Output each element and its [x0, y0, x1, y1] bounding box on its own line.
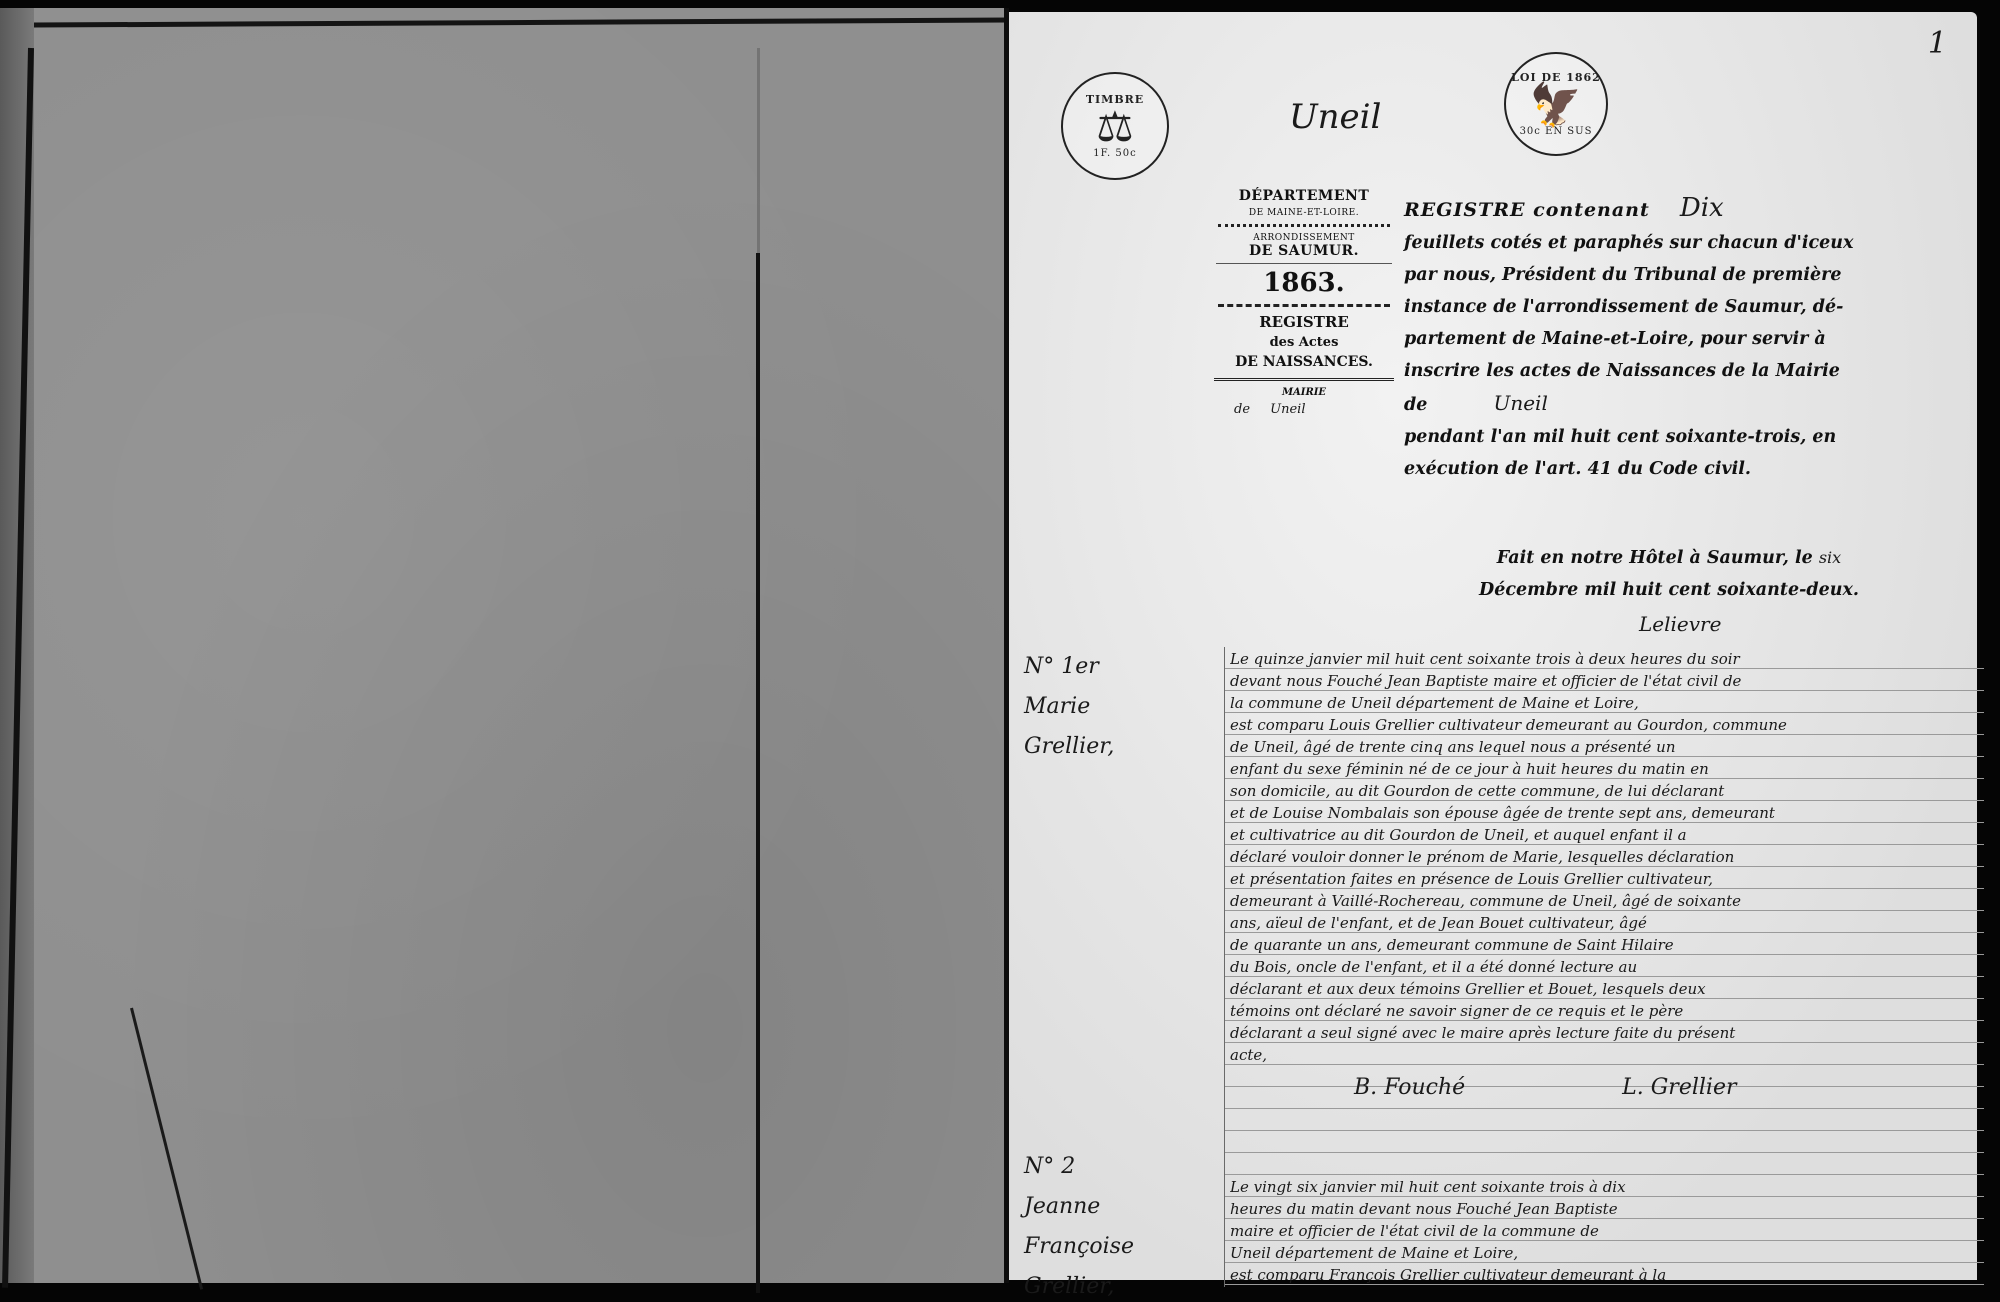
preamble-line: exécution de l'art. 41 du Code civil. [1404, 453, 1934, 485]
handwritten-day: six [1819, 548, 1841, 567]
diagonal-crease [130, 1008, 203, 1290]
preamble-line: instance de l'arrondissement de Saumur, … [1404, 291, 1934, 323]
preamble-line: par nous, Président du Tribunal de premi… [1404, 259, 1934, 291]
naissances-label: DE NAISSANCES. [1214, 354, 1394, 370]
preamble-line: feuillets cotés et paraphés sur chacun d… [1404, 227, 1934, 259]
arrondissement-label: ARRONDISSEMENT [1214, 233, 1394, 243]
register-header-block: DÉPARTEMENT DE MAINE-ET-LOIRE. ARRONDISS… [1214, 188, 1394, 417]
top-edge-line [34, 17, 1009, 27]
president-signature: Lelievre [1639, 612, 1721, 636]
entry-name: Marie [1024, 687, 1209, 727]
dotted-divider [1218, 224, 1390, 227]
entry-2-margin: N° 2 Jeanne Françoise Grellier, [1024, 1147, 1209, 1302]
entry-name: Françoise [1024, 1227, 1209, 1267]
preamble-line: pendant l'an mil huit cent soixante-troi… [1404, 421, 1934, 453]
mairie-name: de Uneil [1214, 402, 1394, 417]
entry-number: N° 1er [1024, 647, 1209, 687]
entry-name: Grellier, [1024, 1267, 1209, 1302]
mayor-signature: B. Fouché [1354, 1075, 1465, 1100]
register-preamble: REGISTRE contenant Dix feuillets cotés e… [1404, 192, 1934, 485]
register-year: 1863. [1214, 268, 1394, 298]
mairie-prefix: de [1234, 402, 1250, 417]
mairie-town: Uneil [1270, 402, 1305, 417]
registre-label: REGISTRE [1214, 313, 1394, 331]
eagle-icon: 🦅 [1530, 84, 1582, 126]
fold-line [756, 253, 760, 1293]
departement-label: DÉPARTEMENT [1214, 188, 1394, 204]
left-page [0, 8, 1007, 1283]
entry-2-text: Le vingt six janvier mil huit cent soixa… [1230, 1176, 1978, 1286]
stamp-bottom-text: 30c EN SUS [1520, 126, 1593, 137]
handwritten-count: Dix [1680, 193, 1724, 223]
arrow-divider [1218, 304, 1390, 307]
des-actes-label: des Actes [1214, 335, 1394, 350]
divider [1216, 263, 1392, 264]
timbre-imperial-stamp: TIMBRE ⚖ 1F. 50c [1061, 72, 1169, 180]
birth-entries-ledger: N° 1er Marie Grellier, Le quinze janvier… [1224, 647, 1984, 1287]
entry-name: Grellier, [1024, 727, 1209, 767]
stamp-value: 1F. 50c [1093, 148, 1136, 159]
right-page: 1 TIMBRE ⚖ 1F. 50c Uneil LOI DE 1862 🦅 3… [1009, 12, 1977, 1280]
double-divider [1214, 378, 1394, 381]
arrondissement-name: DE SAUMUR. [1214, 243, 1394, 259]
mairie-label: MAIRIE [1214, 387, 1394, 398]
entry-number: N° 2 [1024, 1147, 1209, 1187]
town-annotation: Uneil [1289, 97, 1381, 137]
father-signature: L. Grellier [1622, 1075, 1736, 1100]
paper-wrinkle [727, 48, 760, 263]
entry-name: Jeanne [1024, 1187, 1209, 1227]
fait-line: Fait en notre Hôtel à Saumur, le six [1429, 542, 1909, 574]
preamble-line: inscrire les actes de Naissances de la M… [1404, 355, 1934, 387]
handwritten-town: Uneil [1493, 391, 1547, 415]
entry-1-signatures: B. Fouché L. Grellier [1354, 1075, 1954, 1100]
entry-1-text: Le quinze janvier mil huit cent soixante… [1230, 648, 1978, 1066]
preamble-line: partement de Maine-et-Loire, pour servir… [1404, 323, 1934, 355]
margin-line [1224, 647, 1225, 1287]
fait-block: Fait en notre Hôtel à Saumur, le six Déc… [1429, 542, 1909, 606]
preamble-line: de Uneil [1404, 387, 1934, 421]
fait-line: Décembre mil huit cent soixante-deux. [1429, 574, 1909, 606]
entry-1-margin: N° 1er Marie Grellier, [1024, 647, 1209, 767]
preamble-line: REGISTRE contenant Dix [1404, 192, 1934, 227]
departement-name: DE MAINE-ET-LOIRE. [1214, 208, 1394, 218]
justice-figure-icon: ⚖ [1096, 106, 1134, 148]
folio-number: 1 [1928, 26, 1947, 61]
loi-1862-stamp: LOI DE 1862 🦅 30c EN SUS [1504, 52, 1608, 156]
